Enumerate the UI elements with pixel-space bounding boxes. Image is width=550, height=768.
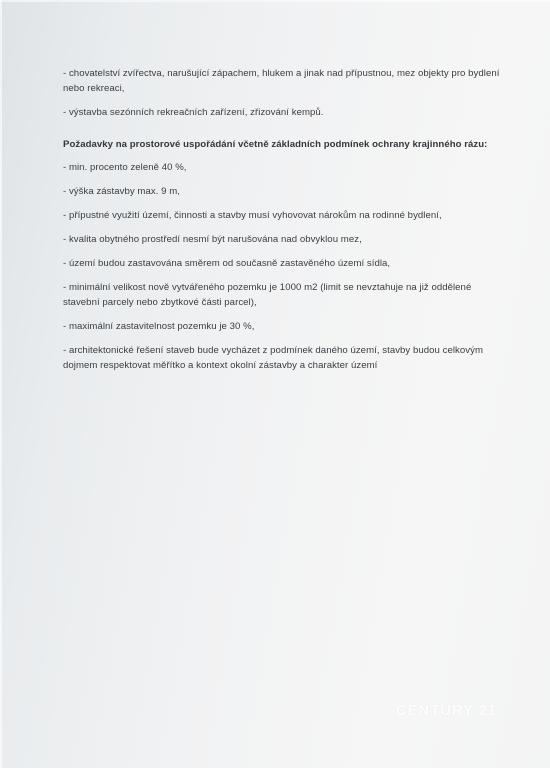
requirement-item: - výška zástavby max. 9 m, <box>63 184 508 199</box>
requirement-item: - architektonické řešení staveb bude vyc… <box>63 343 508 373</box>
document-body: - chovatelství zvířectva, narušující záp… <box>63 66 508 382</box>
century21-watermark: CENTURY 21 <box>396 703 497 719</box>
requirement-item: - kvalita obytného prostředí nesmí být n… <box>63 232 508 247</box>
requirement-item: - přípustné využití území, činnosti a st… <box>63 208 508 223</box>
requirement-item: - území budou zastavována směrem od souč… <box>63 256 508 271</box>
paragraph-livestock: - chovatelství zvířectva, narušující záp… <box>63 66 508 96</box>
requirement-item: - minimální velikost nově vytvářeného po… <box>63 280 508 310</box>
section-heading: Požadavky na prostorové uspořádání včetn… <box>63 137 508 152</box>
paragraph-seasonal-facilities: - výstavba sezónních rekreačních zařízen… <box>63 105 508 120</box>
requirement-item: - maximální zastavitelnost pozemku je 30… <box>63 319 508 334</box>
requirement-item: - min. procento zeleně 40 %, <box>63 160 508 175</box>
